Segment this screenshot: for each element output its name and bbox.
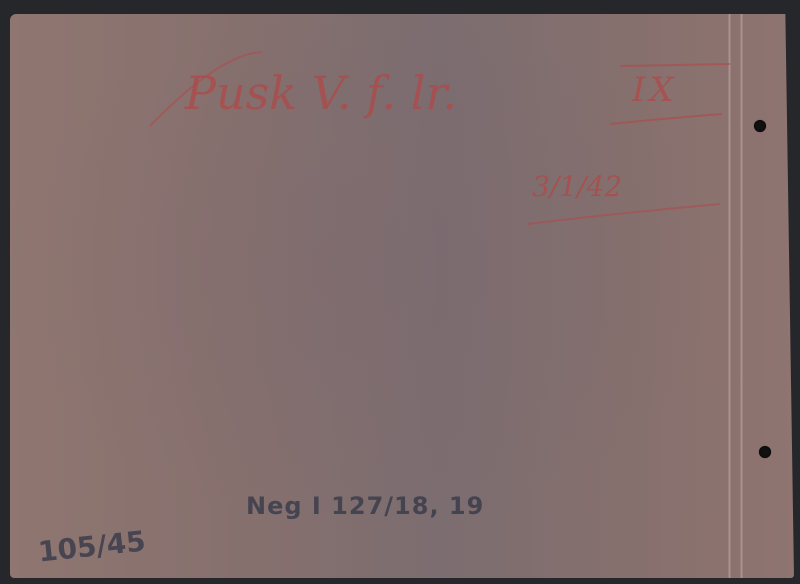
negative-reference-annotation: Neg I 127/18, 19: [246, 492, 484, 520]
roman-numeral-annotation: IX: [632, 70, 678, 110]
red-pencil-annotation: Pusk V. f. lr.: [185, 66, 457, 120]
red-pencil-date-annotation: 3/1/42: [532, 170, 622, 203]
archival-card: Pusk V. f. lr. IX 3/1/42 Neg I 127/18, 1…: [10, 14, 794, 578]
